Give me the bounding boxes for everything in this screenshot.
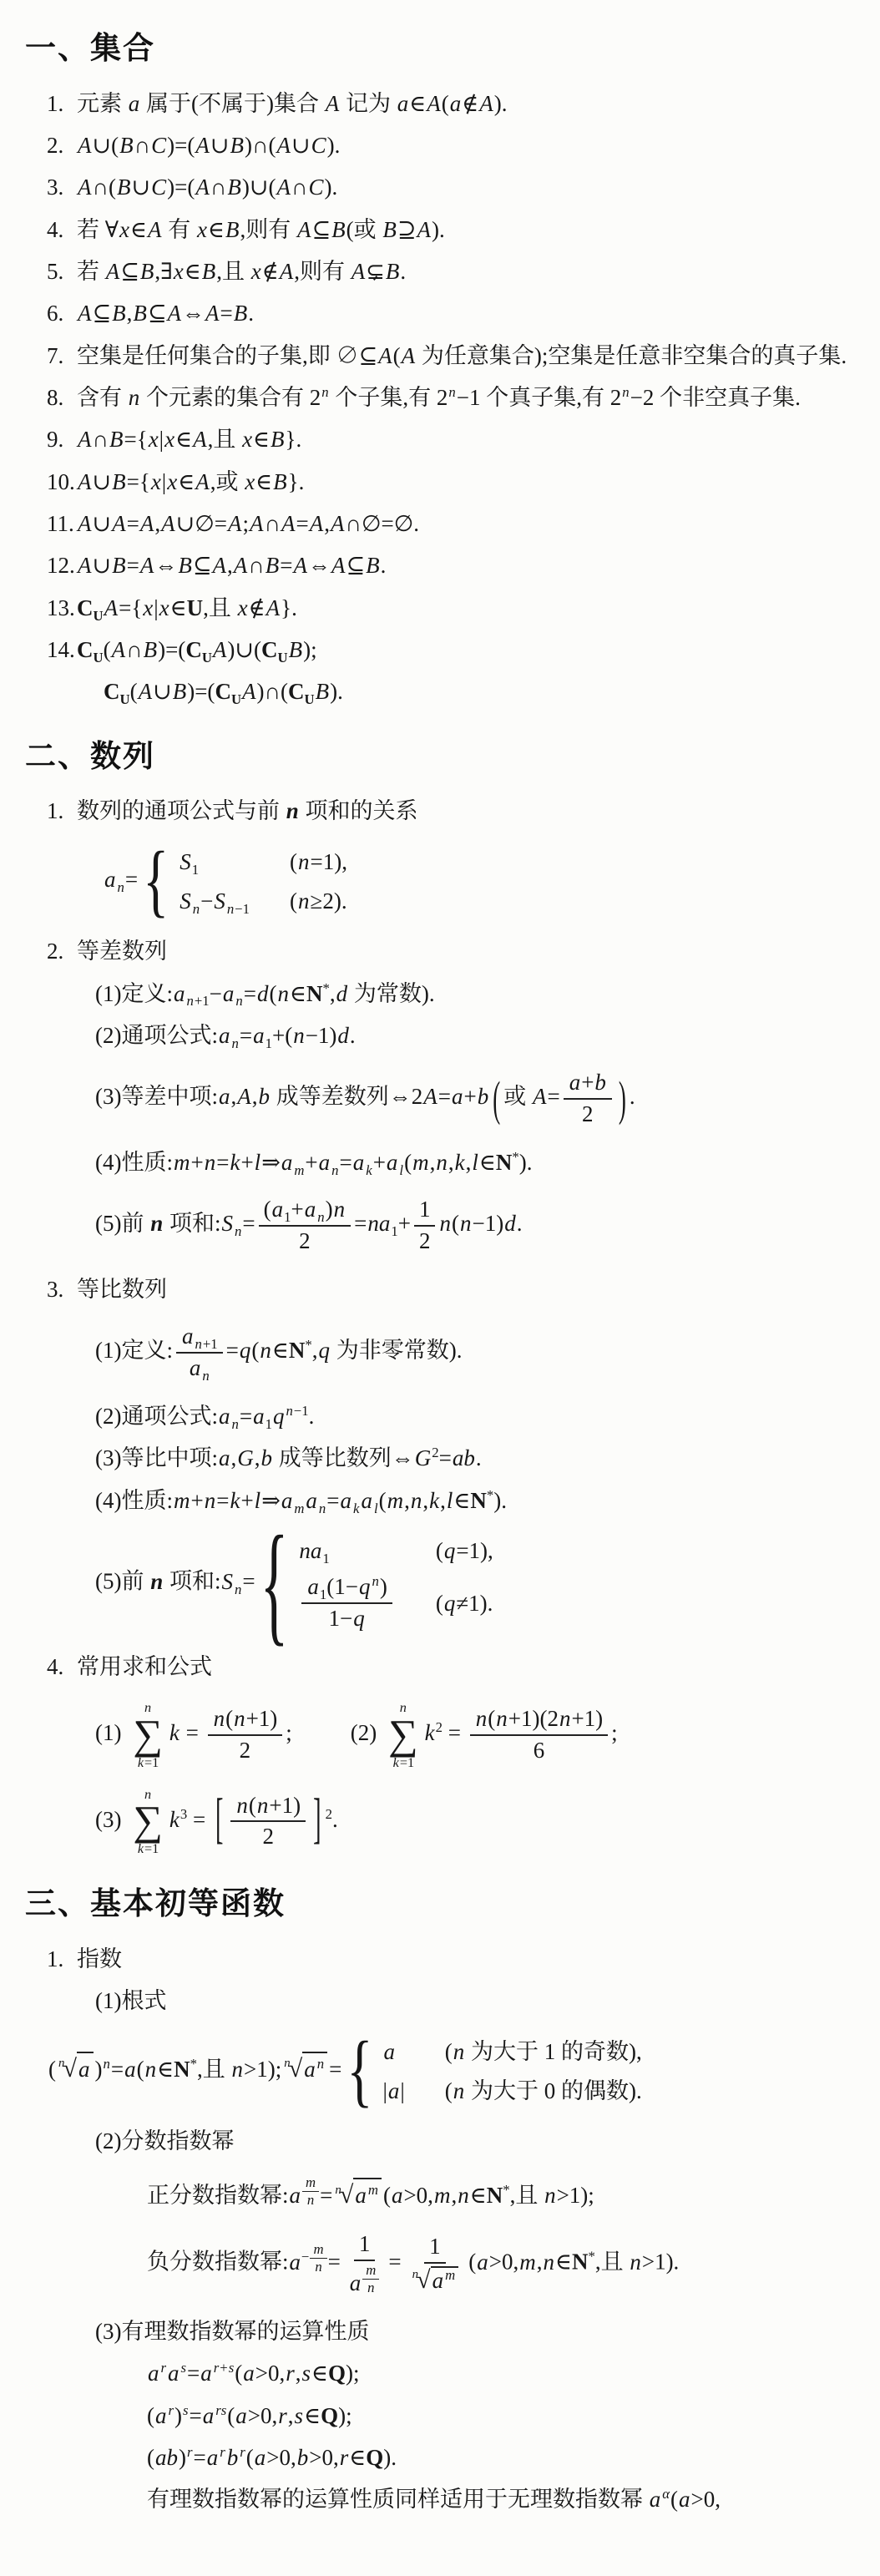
math-var: b [478, 1084, 489, 1109]
math-var: m [445, 2267, 455, 2283]
math-fraction: an+1an [176, 1323, 223, 1382]
math-var: B [382, 217, 397, 242]
text-run: −1 [294, 1403, 309, 1419]
text-run: 2 [432, 1445, 438, 1460]
math-var: a [569, 1070, 581, 1095]
text-run: . [248, 301, 254, 326]
text-run: 6 [534, 1738, 545, 1763]
text-run: 空集是任何集合的子集,即 ∅⊆ [77, 343, 377, 368]
sigma-icon: ∑ [388, 1717, 418, 1754]
cases-row-content: na1 [298, 1535, 395, 1566]
document-page: 一、集合1.元素 a 属于(不属于)集合 A 记为 a∈A(a∉A).2.A∪(… [0, 0, 880, 2576]
item-number: 1. [47, 88, 63, 119]
math-var: a [388, 2078, 400, 2103]
math-var: m [368, 2182, 378, 2198]
formula-line: 3.A∩(B∪C)=(A∩B)∪(A∩C). [23, 171, 860, 203]
text-run: ∩ [265, 511, 281, 536]
math-sup: mn [362, 2270, 380, 2285]
math-var: n [307, 2192, 314, 2208]
math-var: B [273, 469, 287, 494]
text-run: ⊆ [312, 217, 331, 242]
math-var: B [289, 637, 303, 662]
math-var: B [140, 259, 154, 284]
text-run: )=( [167, 175, 195, 200]
math-var: n [235, 993, 242, 1009]
math-bold: Q [328, 2361, 346, 2386]
text-run: >0, [266, 2445, 296, 2470]
text-run: = [242, 1211, 255, 1236]
math-var: A [331, 511, 345, 536]
cases-row-condition: (n≥2). [290, 885, 347, 917]
text-run: ⊆ [193, 553, 212, 578]
math-var: A [423, 1084, 437, 1109]
text-run: (2)分数指数幂 [95, 2128, 234, 2153]
math-var: n [321, 384, 328, 400]
text-run: 1 [359, 2231, 371, 2256]
formula-line: an={S1(n=1),Sn−Sn−1(n≥2). [23, 846, 860, 918]
math-var: n [436, 1150, 448, 1175]
math-var: a [219, 1023, 230, 1048]
math-var: A [280, 259, 294, 284]
math-sup: r+s [213, 2360, 235, 2376]
math-var: C [151, 175, 166, 200]
math-var: a [155, 2403, 167, 2428]
text-run: 指数 [77, 1946, 122, 1971]
text-run: ⇔ [308, 553, 331, 578]
text-run: ={ [119, 595, 142, 620]
text-run: >0, [255, 2361, 285, 2386]
math-var: m [519, 2250, 536, 2275]
text-run: * [503, 2182, 509, 2198]
item-number: 13. [47, 592, 75, 624]
text-run: ∈ [272, 1338, 289, 1363]
math-bold: C [261, 637, 278, 662]
formula-line: 11.A∪A=A,A∪∅=A;A∩A=A,A∩∅=∅. [23, 508, 860, 539]
text-run: ( [445, 2039, 453, 2064]
text-run: >1). [642, 2250, 679, 2275]
math-var: a [255, 2445, 266, 2470]
text-run: ⊆ [148, 301, 167, 326]
math-fraction: 1n√am [405, 2234, 466, 2295]
math-sup: m [444, 2267, 456, 2283]
math-sup: mn [301, 2182, 320, 2198]
text-run: 项和: [164, 1569, 220, 1594]
text-run: + [291, 1197, 304, 1222]
math-var: n [231, 1416, 238, 1432]
text-run: ) [95, 2057, 103, 2082]
text-run: | [159, 427, 164, 452]
math-var: b [594, 1070, 606, 1095]
text-run: . [630, 1084, 635, 1109]
text-run: ∪ [153, 679, 172, 704]
text-run: (3)有理数指数幂的运算性质 [95, 2319, 369, 2344]
math-bold: U [94, 607, 104, 623]
math-bold: C [104, 679, 120, 704]
text-run: ) [326, 1197, 333, 1222]
math-var: B [266, 553, 280, 578]
math-var: A [78, 469, 92, 494]
text-run: −1 [235, 901, 250, 917]
sum-lower-limit: k=1 [137, 1840, 159, 1855]
text-run: ∩ [291, 175, 308, 200]
math-sup: 2 [326, 1806, 332, 1822]
math-var: A [297, 217, 311, 242]
math-var: x [238, 595, 248, 620]
text-run: ). [432, 217, 445, 242]
math-var: a [190, 1355, 201, 1380]
text-run: (3)等比中项: [95, 1445, 218, 1470]
text-run: − [301, 2249, 309, 2265]
text-run: 2 [419, 1228, 431, 1253]
text-run: ∩ [134, 133, 151, 158]
text-run: >0, [248, 2403, 277, 2428]
text-run: 2 [299, 1228, 311, 1253]
text-run: ∪( [93, 133, 119, 158]
item-number: 4. [47, 1651, 63, 1683]
document-section: 三、基本初等函数1.指数(1)根式(n√a)n=a(n∈N*,且 n>1);n√… [23, 1887, 860, 2515]
math-var: d [504, 1211, 516, 1236]
math-var: A [533, 1084, 547, 1109]
math-sub: n+1 [185, 993, 209, 1009]
math-var: A [168, 301, 182, 326]
formula-line: 1.数列的通项公式与前 n 项和的关系 [23, 795, 860, 827]
math-var: k [425, 1720, 435, 1745]
text-run: ≥2). [311, 888, 347, 913]
math-var: C [311, 133, 326, 158]
math-var: A [212, 553, 226, 578]
math-var: B [386, 259, 400, 284]
text-run: + [463, 1084, 476, 1109]
math-var: n [205, 1150, 216, 1175]
math-var: a [129, 91, 140, 116]
text-run: + [190, 1488, 203, 1513]
text-run: , [255, 1445, 260, 1470]
text-run: =1 [144, 1755, 159, 1770]
text-run: ,且 [216, 259, 250, 284]
formula-line: 4.若 ∀x∈A 有 x∈B,则有 A⊆B(或 B⊇A). [23, 214, 860, 245]
math-sub: U [94, 650, 104, 666]
text-run: ). [519, 1150, 533, 1175]
math-sub: n [316, 1209, 325, 1225]
math-var: b [260, 1445, 272, 1470]
fraction-numerator: n(n+1)(2n+1) [470, 1706, 608, 1736]
text-run: ∪ [291, 133, 311, 158]
math-sub: n [235, 993, 243, 1009]
text-run: , [296, 2361, 301, 2386]
text-run: , [537, 2250, 543, 2275]
fraction-denominator: 2 [258, 1822, 280, 1850]
text-run: ∈ [304, 2403, 321, 2428]
math-var: na [299, 1538, 321, 1563]
math-var: a [235, 2403, 247, 2428]
text-run: (1) [95, 1720, 127, 1745]
math-var: m [174, 1150, 190, 1175]
math-bold: C [288, 679, 305, 704]
text-run: = [125, 867, 138, 892]
math-var: n [315, 2259, 321, 2275]
math-var: x [159, 595, 169, 620]
math-sup: n [448, 384, 456, 400]
text-run: ∪ [93, 469, 112, 494]
section-heading: 一、集合 [25, 32, 860, 66]
math-var: G [415, 1445, 432, 1470]
nth-root: n√am [334, 2177, 382, 2213]
text-run: = [340, 1150, 352, 1175]
math-var: k [353, 1501, 359, 1516]
text-run: | [382, 2078, 387, 2103]
math-sub: n [318, 1501, 326, 1516]
math-var: x [174, 259, 184, 284]
math-var: x [151, 469, 161, 494]
math-var: A [140, 511, 154, 536]
math-var: n [227, 901, 234, 917]
text-run: =1 [144, 1841, 159, 1856]
math-bold: U [231, 691, 241, 707]
formula-line: 2.A∪(B∩C)=(A∪B)∩(A∪C). [23, 129, 860, 161]
math-var: a [182, 1323, 194, 1349]
text-run: ∩ [210, 175, 227, 200]
formula-line: 3.等比数列 [23, 1273, 860, 1305]
math-sub: 1 [266, 1035, 272, 1051]
math-var: x [143, 595, 153, 620]
formula-line: CU(A∪B)=(CUA)∩(CUB). [23, 676, 860, 707]
text-run: (1)定义: [95, 1338, 173, 1363]
math-sub: 1 [320, 1587, 326, 1602]
text-run: 2 [436, 1719, 443, 1735]
text-run: ) [174, 2403, 182, 2428]
math-var: A [326, 91, 340, 116]
math-var: B [144, 637, 158, 662]
text-run: )∩( [257, 679, 288, 704]
math-var: n [236, 1793, 248, 1818]
fraction-numerator: (a1+an)n [259, 1197, 351, 1227]
math-var: a [679, 2487, 690, 2512]
text-run: ( [130, 679, 138, 704]
math-var: a [219, 1445, 230, 1470]
text-run: ∈ [470, 2183, 487, 2208]
text-run: ∉ [262, 259, 279, 284]
text-run: + [305, 1150, 317, 1175]
item-number: 1. [47, 1943, 63, 1975]
text-run: ,或 [210, 469, 245, 494]
text-run: ∈ [178, 469, 195, 494]
fraction-denominator: n [304, 2192, 317, 2208]
text-run: +( [272, 1023, 292, 1048]
text-run: , [227, 553, 233, 578]
text-run: ∪ [210, 133, 230, 158]
text-run: ∩( [93, 175, 117, 200]
text-run: * [190, 2056, 197, 2072]
math-var: n [319, 1501, 326, 1516]
math-var: m [387, 1488, 404, 1513]
text-run: 2 [240, 1738, 251, 1763]
math-sup: s [180, 2360, 188, 2376]
text-run: . [350, 1023, 356, 1048]
text-run: ( [404, 1150, 412, 1175]
math-var: A [351, 259, 366, 284]
math-var: B [133, 301, 147, 326]
formula-line: 6.A⊆B,B⊆A⇔A=B. [23, 297, 860, 329]
text-run: 负分数指数幂: [147, 2250, 289, 2275]
math-var: α [662, 2486, 670, 2502]
math-var: n [448, 384, 455, 400]
math-var: A [310, 511, 324, 536]
math-var: A [106, 259, 120, 284]
math-fraction: 1amn [344, 2231, 386, 2297]
math-sub: n [192, 901, 200, 917]
math-var: a [306, 1488, 317, 1513]
math-var: a [200, 2361, 212, 2386]
math-var: n [317, 2056, 324, 2072]
math-var: a [432, 2268, 444, 2293]
math-var: r [214, 2360, 220, 2376]
math-var: m [294, 1162, 304, 1178]
math-var: m [313, 2241, 323, 2257]
math-bold: Q [321, 2403, 338, 2428]
math-var: A [234, 553, 248, 578]
text-run: 为常数). [348, 981, 435, 1006]
text-run: (3) [95, 1807, 127, 1832]
math-var: a [253, 1404, 265, 1429]
text-run: ). [494, 91, 508, 116]
text-run: (1− [326, 1574, 358, 1599]
text-run: ( [290, 849, 297, 874]
math-var: x [119, 217, 129, 242]
item-number: 9. [47, 423, 63, 455]
text-run: 1 [266, 1035, 272, 1051]
text-run: = [329, 2057, 341, 2082]
text-run: >1); [557, 2183, 594, 2208]
text-run: , [466, 1150, 472, 1175]
math-sub: 1 [284, 1209, 291, 1225]
text-run: ); [303, 637, 317, 662]
text-run: ∈ [409, 91, 426, 116]
formula-line: 2.等差数列 [23, 935, 860, 967]
item-number: 6. [47, 297, 63, 329]
math-var: a [223, 981, 235, 1006]
math-var: a [203, 2403, 215, 2428]
text-run: + [240, 1150, 253, 1175]
formula-line: (n√a)n=a(n∈N*,且 n>1);n√an={a(n 为大于 1 的奇数… [23, 2036, 860, 2108]
fraction-denominator: n [311, 2259, 325, 2275]
cases-group: {na1(q=1),a1(1−qn)1−q(q≠1). [260, 1535, 493, 1632]
math-var: n [559, 1706, 571, 1731]
formula-line: (1)定义:an+1−an=d(n∈N*,d 为常数). [23, 978, 860, 1010]
text-run: 为非零常数). [331, 1338, 463, 1363]
cases-rows: na1(q=1),a1(1−qn)1−q(q≠1). [298, 1535, 493, 1632]
math-var: a [452, 1084, 463, 1109]
math-var: a [219, 1084, 230, 1109]
fraction-denominator: 6 [529, 1736, 550, 1764]
math-var: n [331, 1162, 338, 1178]
item-number: 2. [47, 129, 63, 161]
math-sup: m [367, 2182, 379, 2198]
text-run: 1 [391, 1223, 397, 1239]
math-var: B [331, 217, 346, 242]
sum-lower-limit: k=1 [137, 1754, 159, 1769]
math-var: m [294, 1501, 304, 1516]
math-sup: n [371, 1573, 379, 1589]
cases-row-content: Sn−Sn−1 [179, 885, 250, 917]
math-sub: n [117, 879, 125, 895]
text-run: = [190, 2403, 202, 2428]
math-sup: * [512, 1149, 518, 1165]
math-bold: U [202, 650, 212, 666]
math-var: r [220, 2444, 225, 2460]
item-number: 3. [47, 1273, 63, 1305]
text-run: = [438, 1084, 451, 1109]
sum-operator: n∑k=1 [133, 1701, 163, 1769]
math-var: r [187, 2444, 193, 2460]
item-number: 5. [47, 256, 63, 287]
text-run: ⊆ [93, 301, 112, 326]
math-var: A [112, 637, 126, 662]
text-run: 等比数列 [77, 1277, 167, 1302]
text-run: 1 [192, 861, 199, 877]
text-run: 成等差数列⇔2 [271, 1084, 422, 1109]
text-run: 若 [77, 259, 105, 284]
text-run: = [547, 1084, 559, 1109]
text-run: 1 [419, 1197, 431, 1222]
section-heading: 二、数列 [25, 740, 860, 774]
text-run: 成等比数列⇔ [273, 1445, 414, 1470]
math-var: A [237, 1084, 251, 1109]
text-run: 项和: [164, 1211, 220, 1236]
math-bold: N [174, 2057, 190, 2082]
math-var: a [361, 1488, 372, 1513]
text-run: = [216, 1488, 229, 1513]
math-bold: N [306, 981, 323, 1006]
math-var: x [242, 427, 252, 452]
text-run: ∪ [132, 175, 151, 200]
text-run: ( [249, 1793, 256, 1818]
math-sup: s [182, 2402, 190, 2418]
sum-operator: n∑k=1 [133, 1788, 163, 1855]
item-number: 1. [47, 795, 63, 827]
fraction-numerator: a+b [564, 1070, 612, 1100]
math-bold: N [289, 1338, 306, 1363]
fraction-denominator: n [364, 2280, 377, 2295]
text-run: 为大于 0 的偶数). [465, 2078, 642, 2103]
math-sup: α [661, 2486, 670, 2502]
text-run: +1) [246, 1706, 278, 1731]
text-run: ). [324, 175, 337, 200]
math-fraction: mn [310, 2242, 326, 2274]
math-var: A [139, 679, 153, 704]
text-run: ∈ [255, 469, 272, 494]
formula-line: 8.含有 n 个元素的集合有 2n 个子集,有 2n−1 个真子集,有 2n−2… [23, 382, 860, 413]
radical-sign: √ [417, 2265, 431, 2294]
text-run: + [220, 2360, 227, 2376]
math-var: A [148, 217, 162, 242]
cases-row-content: a1(1−qn)1−q [298, 1574, 395, 1632]
math-var: A [281, 511, 296, 536]
text-run: −2 个非空真子集. [630, 385, 801, 410]
math-var: n [278, 981, 290, 1006]
formula-line: 正分数指数幂:amn=n√am(a>0,m,n∈N*,且 n>1); [23, 2175, 860, 2213]
math-sup: r [239, 2444, 246, 2460]
formula-line: (ab)r=arbr(a>0,b>0,r∈Q). [23, 2442, 860, 2473]
text-run: ( [290, 888, 297, 913]
cases-row-content: a [382, 2036, 404, 2067]
formula-line: (2)通项公式:an=a1+(n−1)d. [23, 1020, 860, 1051]
fraction-denominator: 2 [294, 1227, 316, 1255]
text-run: − [210, 981, 222, 1006]
math-var: n [496, 1706, 508, 1731]
text-run: 个元素的集合有 2 [140, 385, 321, 410]
math-var: A [417, 217, 432, 242]
item-number: 4. [47, 214, 63, 245]
